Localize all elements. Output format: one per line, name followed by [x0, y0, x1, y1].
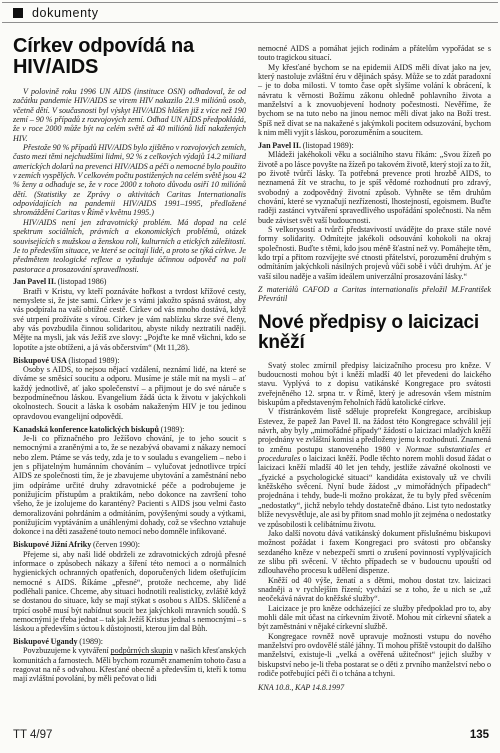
body-paragraph: Mládeži jakéhokoli věku a sociálního sta…: [258, 150, 491, 225]
body-paragraph: S velkorysostí a tvůrčí představivostí u…: [258, 225, 491, 281]
section-heading-date: (červen 1990):: [91, 540, 140, 549]
column-right: nemocné AIDS a pomáhat jejich rodinám a …: [258, 23, 491, 723]
lead-paragraph: Přestože 90 % případů HIV/AIDS bylo zjiš…: [13, 143, 246, 218]
underlined-phrase: podpůrných skupin: [111, 646, 173, 655]
section-heading-date: (listopad 1989):: [301, 141, 354, 150]
body-paragraph: Osoby s AIDS, to nejsou nějací vzdálení,…: [13, 365, 246, 421]
article1-title: Církev odpovídá na HIV/AIDS: [13, 36, 246, 78]
section-heading-date: (1989):: [78, 637, 103, 646]
body-paragraph: Je-li co příznačného pro Ježíšovo chován…: [13, 434, 246, 537]
content-columns: Církev odpovídá na HIV/AIDS V polovině r…: [0, 23, 500, 723]
body-paragraph: Svatý stolec zmírnil předpisy laicizační…: [258, 361, 491, 408]
lead-paragraph: HIV/AIDS není jen zdravotnický problém. …: [13, 218, 246, 274]
body-text: Povzbuzujeme k vytváření: [23, 646, 111, 655]
column-left: Církev odpovídá na HIV/AIDS V polovině r…: [13, 23, 246, 723]
body-paragraph: Kongregace rovněž nově upravuje možnosti…: [258, 632, 491, 679]
section-heading: Jan Pavel II. (listopad 1989):: [258, 141, 491, 150]
lead-paragraph: V polovině roku 1996 UN AIDS (instituce …: [13, 87, 246, 143]
body-paragraph: Bratři v Kristu, vy kteří poznáváte hořk…: [13, 287, 246, 352]
body-paragraph: Kněží od 40 výše, ženatí a s dětmi, moho…: [258, 576, 491, 604]
body-paragraph: Přejeme si, aby naši lidé obdrželi ze zd…: [13, 550, 246, 634]
body-text: o laicizaci kněží. Podle těchto norem mo…: [258, 454, 491, 528]
body-paragraph: My křesťané bychom se na epidemii AIDS m…: [258, 63, 491, 138]
body-paragraph: Laicizace je pro kněze odcházející ze sl…: [258, 604, 491, 632]
section-heading: Biskupové Jižní Afriky (červen 1990):: [13, 540, 246, 549]
page: dokumenty Církev odpovídá na HIV/AIDS V …: [0, 0, 500, 753]
page-header: dokumenty: [0, 2, 500, 23]
section-heading-name: Jan Pavel II.: [13, 277, 56, 286]
credit-line: Z materiálů CAFOD a Caritas internationa…: [258, 285, 491, 304]
section-heading: Biskupové Ugandy (1989):: [13, 637, 246, 646]
body-paragraph: V třístránkovém listě sděluje proprefekt…: [258, 407, 491, 528]
section-heading-name: Kanadská konference katolických biskupů: [13, 425, 159, 434]
section-heading-name: Biskupové Ugandy: [13, 637, 78, 646]
continuation-paragraph: nemocné AIDS a pomáhat jejich rodinám a …: [258, 44, 491, 63]
body-paragraph: Jako další novotu dává vatikánský dokume…: [258, 529, 491, 576]
source-line: KNA 10.8., KAP 14.8.1997: [258, 683, 491, 692]
section-heading: Biskupové USA (listopad 1989):: [13, 356, 246, 365]
section-marker-icon: [13, 8, 23, 18]
section-heading-name: Biskupové USA: [13, 356, 67, 365]
body-paragraph: Povzbuzujeme k vytváření podpůrných skup…: [13, 646, 246, 683]
footer-issue: TT 4/97: [13, 729, 52, 741]
section-heading-date: (listopad 1986): [56, 277, 106, 286]
section-heading-name: Biskupové Jižní Afriky: [13, 540, 91, 549]
footer-page-number: 135: [470, 729, 489, 741]
section-heading-date: (1989):: [159, 425, 184, 434]
section-heading: Jan Pavel II. (listopad 1986): [13, 277, 246, 286]
page-footer: TT 4/97 135: [13, 729, 489, 741]
section-heading-date: (listopad 1989):: [67, 356, 120, 365]
section-heading: Kanadská konference katolických biskupů …: [13, 425, 246, 434]
section-label: dokumenty: [32, 6, 99, 20]
section-heading-name: Jan Pavel II.: [258, 141, 301, 150]
article2-title: Nové předpisy o laicizaci kněží: [258, 313, 491, 353]
